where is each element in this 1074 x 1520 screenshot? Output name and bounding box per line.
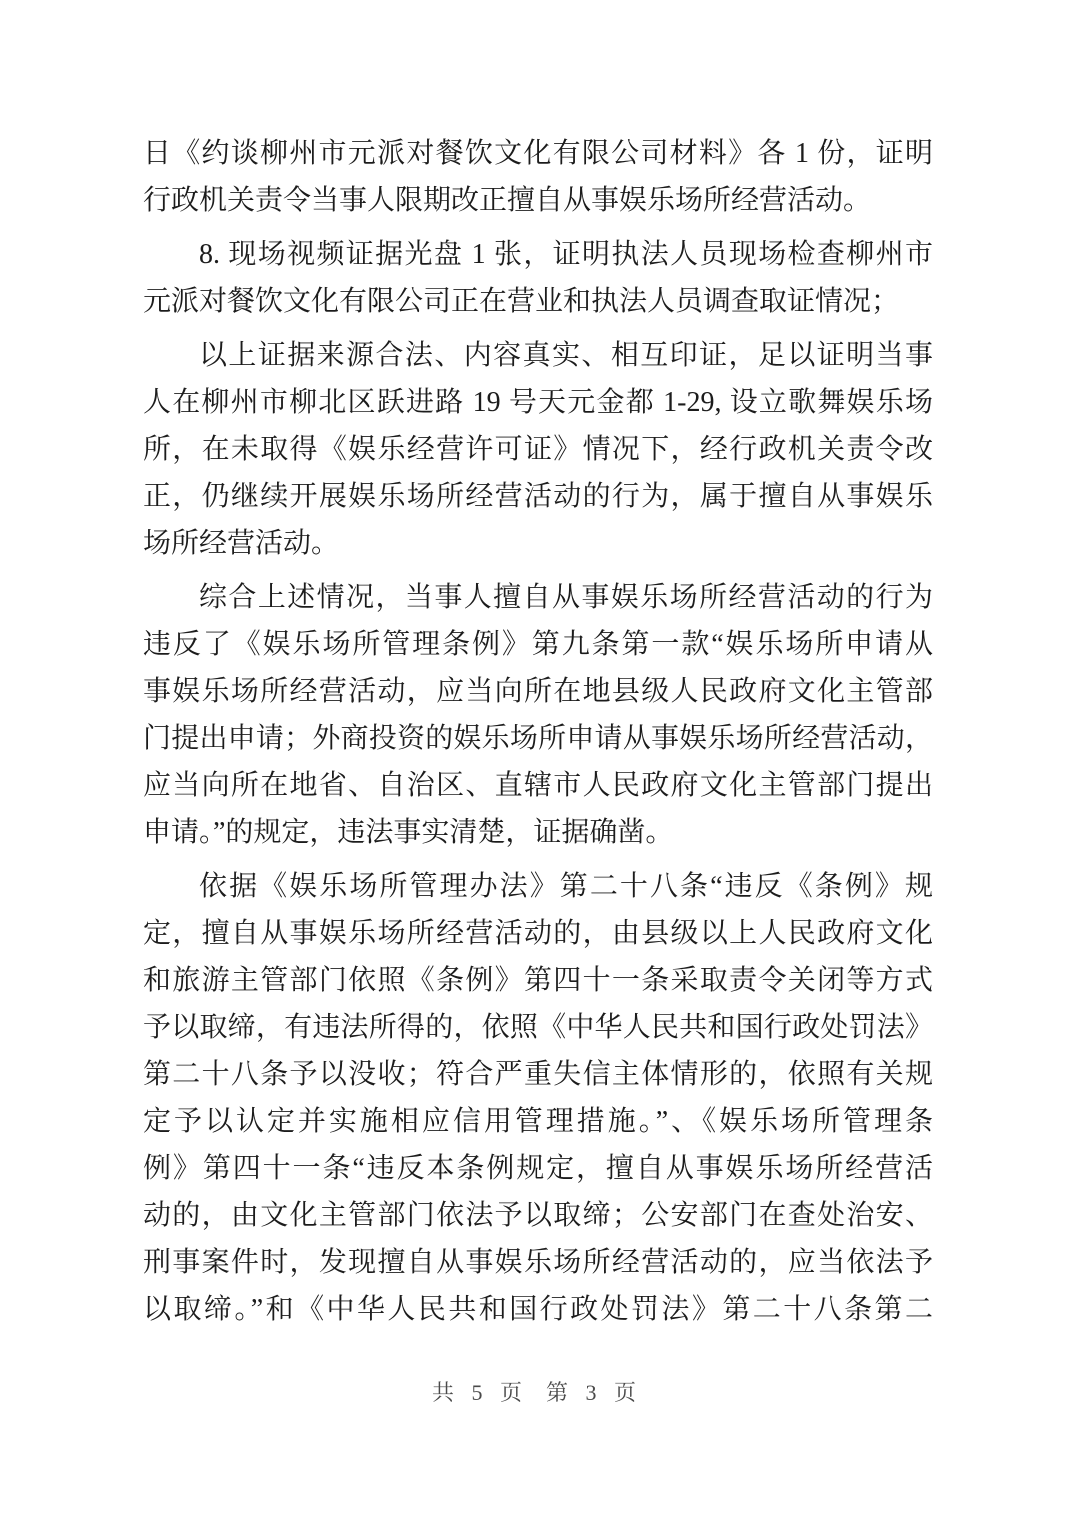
document-line: 正，仍继续开展娱乐场所经营活动的行为，属于擅自从事娱乐 <box>143 473 933 520</box>
document-line: 违反了《娱乐场所管理条例》第九条第一款“娱乐场所申请从 <box>143 621 933 668</box>
document-line: 以取缔。”和《中华人民共和国行政处罚法》第二十八条第二 <box>143 1286 933 1333</box>
document-line: 8. 现场视频证据光盘 1 张，证明执法人员现场检查柳州市 <box>143 231 933 278</box>
page-footer: 共 5 页第 3 页 <box>0 1376 1074 1407</box>
document-line: 刑事案件时，发现擅自从事娱乐场所经营活动的，应当依法予 <box>143 1239 933 1286</box>
document-line: 依据《娱乐场所管理办法》第二十八条“违反《条例》规 <box>143 863 933 910</box>
document-line: 予以取缔，有违法所得的，依照《中华人民共和国行政处罚法》 <box>143 1004 933 1051</box>
document-page: 日《约谈柳州市元派对餐饮文化有限公司材料》各 1 份，证明 行政机关责令当事人限… <box>0 0 1074 1520</box>
document-line: 场所经营活动。 <box>143 520 933 567</box>
document-line: 以上证据来源合法、内容真实、相互印证，足以证明当事 <box>143 332 933 379</box>
current-page-label: 第 3 页 <box>546 1380 642 1405</box>
document-line: 行政机关责令当事人限期改正擅自从事娱乐场所经营活动。 <box>143 177 933 224</box>
paragraph: 依据《娱乐场所管理办法》第二十八条“违反《条例》规 定，擅自从事娱乐场所经营活动… <box>143 863 933 1333</box>
paragraph: 以上证据来源合法、内容真实、相互印证，足以证明当事 人在柳州市柳北区跃进路 19… <box>143 332 933 567</box>
document-line: 人在柳州市柳北区跃进路 19 号天元金都 1-29, 设立歌舞娱乐场 <box>143 379 933 426</box>
paragraph: 8. 现场视频证据光盘 1 张，证明执法人员现场检查柳州市 元派对餐饮文化有限公… <box>143 231 933 325</box>
document-line: 定予以认定并实施相应信用管理措施。”、《娱乐场所管理条 <box>143 1098 933 1145</box>
document-line: 日《约谈柳州市元派对餐饮文化有限公司材料》各 1 份，证明 <box>143 130 933 177</box>
document-line: 门提出申请；外商投资的娱乐场所申请从事娱乐场所经营活动， <box>143 715 933 762</box>
document-line: 定，擅自从事娱乐场所经营活动的，由县级以上人民政府文化 <box>143 910 933 957</box>
document-line: 申请。”的规定，违法事实清楚，证据确凿。 <box>143 809 933 856</box>
document-line: 所，在未取得《娱乐经营许可证》情况下，经行政机关责令改 <box>143 426 933 473</box>
document-line: 综合上述情况，当事人擅自从事娱乐场所经营活动的行为 <box>143 574 933 621</box>
document-line: 动的，由文化主管部门依法予以取缔；公安部门在查处治安、 <box>143 1192 933 1239</box>
total-pages-label: 共 5 页 <box>432 1380 528 1405</box>
document-line: 第二十八条予以没收；符合严重失信主体情形的，依照有关规 <box>143 1051 933 1098</box>
document-line: 例》第四十一条“违反本条例规定，擅自从事娱乐场所经营活 <box>143 1145 933 1192</box>
document-body: 日《约谈柳州市元派对餐饮文化有限公司材料》各 1 份，证明 行政机关责令当事人限… <box>143 130 933 1333</box>
paragraph: 综合上述情况，当事人擅自从事娱乐场所经营活动的行为 违反了《娱乐场所管理条例》第… <box>143 574 933 856</box>
paragraph: 日《约谈柳州市元派对餐饮文化有限公司材料》各 1 份，证明 行政机关责令当事人限… <box>143 130 933 224</box>
document-line: 元派对餐饮文化有限公司正在营业和执法人员调查取证情况； <box>143 278 933 325</box>
document-line: 应当向所在地省、自治区、直辖市人民政府文化主管部门提出 <box>143 762 933 809</box>
document-line: 事娱乐场所经营活动，应当向所在地县级人民政府文化主管部 <box>143 668 933 715</box>
document-line: 和旅游主管部门依照《条例》第四十一条采取责令关闭等方式 <box>143 957 933 1004</box>
